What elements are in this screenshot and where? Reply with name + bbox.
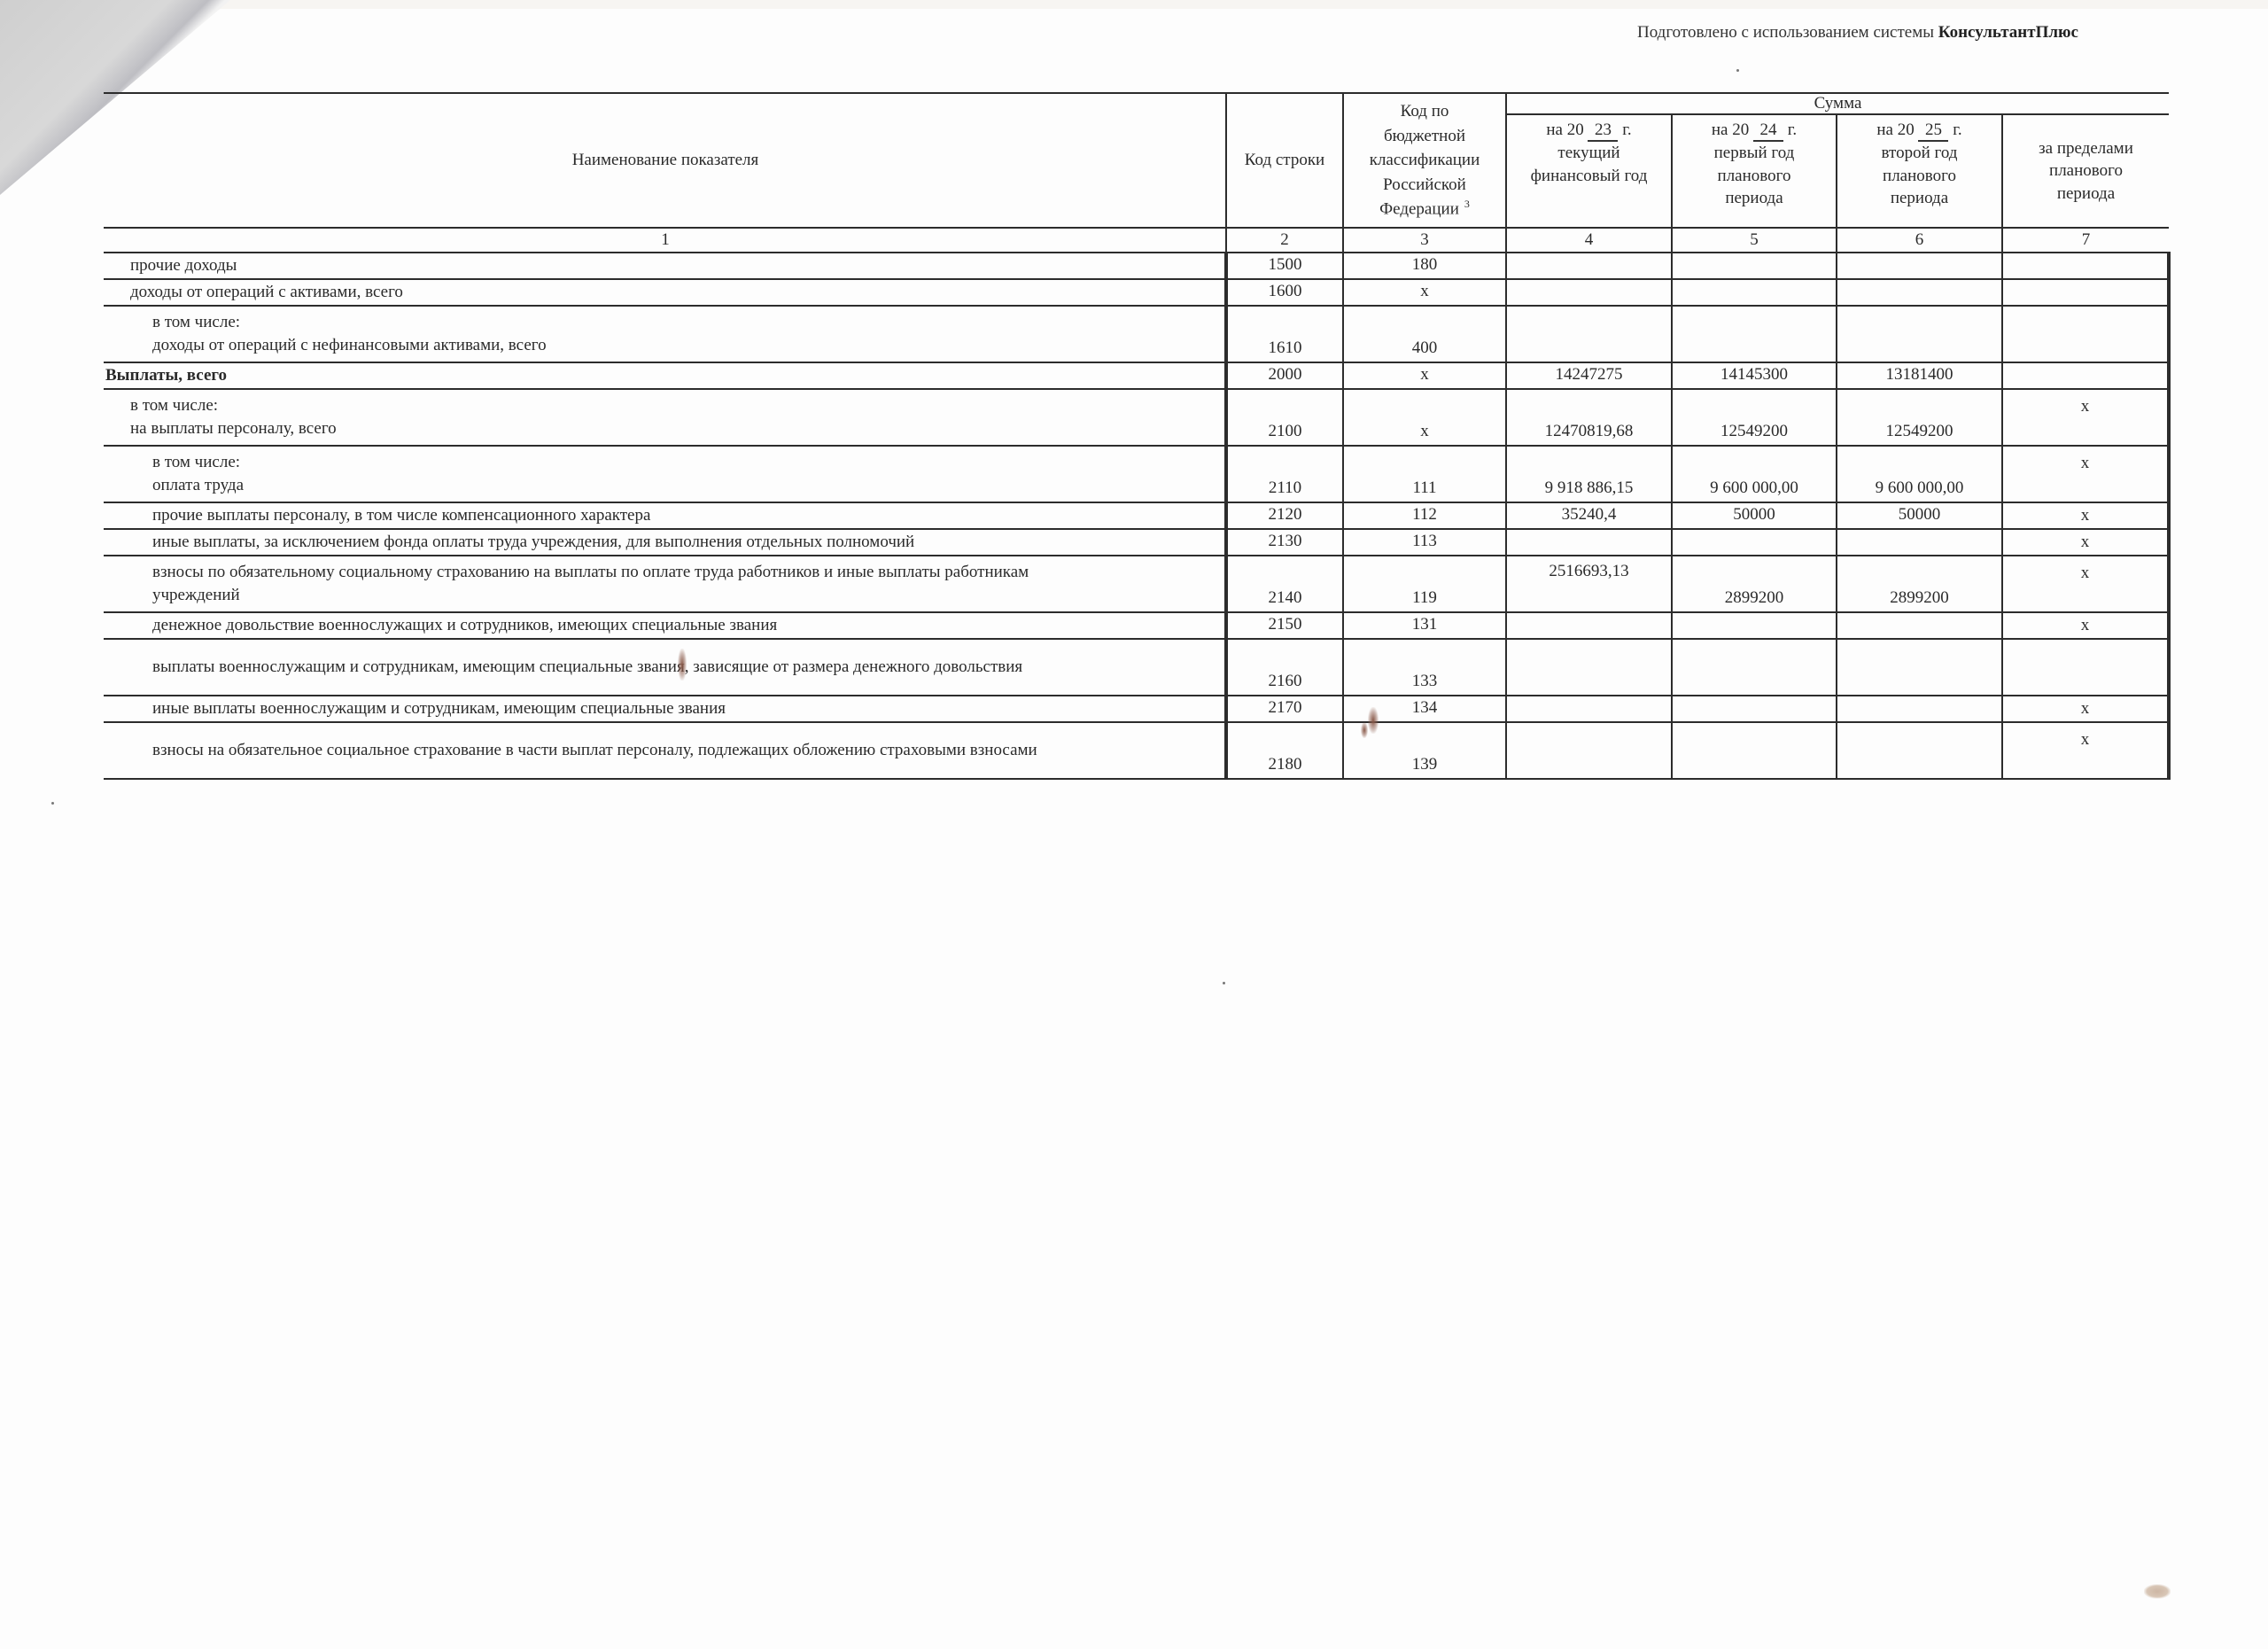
row-code: 1500	[1226, 253, 1343, 279]
amount-2024: 9 600 000,00	[1672, 446, 1837, 502]
amount-2025	[1837, 279, 2002, 306]
credit-brand: КонсультантПлюс	[1938, 23, 2078, 42]
header-row-code: Код строки	[1226, 93, 1343, 228]
amount-2025: 13181400	[1837, 362, 2002, 389]
amount-2025	[1837, 529, 2002, 556]
page-edge	[0, 0, 2268, 9]
amount-2024: 12549200	[1672, 389, 1837, 446]
table-row: прочие выплаты персоналу, в том числе ко…	[104, 502, 2169, 529]
row-label: иные выплаты военнослужащим и сотрудника…	[152, 697, 1219, 720]
header-name: Наименование показателя	[104, 93, 1226, 228]
amount-beyond-plan	[2002, 362, 2169, 389]
amount-beyond-plan: x	[2002, 556, 2169, 612]
row-name: взносы на обязательное социальное страхо…	[104, 722, 1226, 779]
amount-2025: 9 600 000,00	[1837, 446, 2002, 502]
header-col4: на 20 23 г. текущий финансовый год	[1506, 114, 1672, 228]
amount-2024: 2899200	[1672, 556, 1837, 612]
row-label: взносы по обязательному социальному стра…	[152, 561, 1047, 606]
budget-code: 119	[1343, 556, 1506, 612]
row-label: прочие доходы	[130, 254, 1219, 277]
row-name: денежное довольствие военнослужащих и со…	[104, 612, 1226, 639]
table-row: доходы от операций с активами, всего1600…	[104, 279, 2169, 306]
table-row: прочие доходы1500180	[104, 253, 2169, 279]
table-row: взносы по обязательному социальному стра…	[104, 556, 2169, 612]
row-code: 2000	[1226, 362, 1343, 389]
table-row: выплаты военнослужащим и сотрудникам, им…	[104, 639, 2169, 696]
amount-2025	[1837, 306, 2002, 362]
amount-2023	[1506, 639, 1672, 696]
budget-code: 180	[1343, 253, 1506, 279]
table-row: в том числе:доходы от операций с нефинан…	[104, 306, 2169, 362]
row-code: 2100	[1226, 389, 1343, 446]
budget-code: 400	[1343, 306, 1506, 362]
financial-plan-table: Наименование показателя Код строки Код п…	[104, 92, 2171, 780]
row-name: в том числе:оплата труда	[104, 446, 1226, 502]
scan-speck	[1223, 982, 1225, 984]
header-col5: на 20 24 г. первый год планового периода	[1672, 114, 1837, 228]
amount-2023: 35240,4	[1506, 502, 1672, 529]
amount-beyond-plan	[2002, 253, 2169, 279]
row-label: прочие выплаты персоналу, в том числе ко…	[152, 504, 1219, 527]
table-row: в том числе:оплата труда21101119 918 886…	[104, 446, 2169, 502]
budget-code: 112	[1343, 502, 1506, 529]
row-subheading: в том числе:	[130, 394, 1219, 417]
amount-beyond-plan: x	[2002, 389, 2169, 446]
amount-2023: 2516693,13	[1506, 556, 1672, 612]
header-col7: за пределами планового периода	[2002, 114, 2169, 228]
amount-2023	[1506, 612, 1672, 639]
amount-beyond-plan: x	[2002, 529, 2169, 556]
row-name: в том числе:на выплаты персоналу, всего	[104, 389, 1226, 446]
amount-2025	[1837, 612, 2002, 639]
row-code: 2110	[1226, 446, 1343, 502]
amount-beyond-plan: x	[2002, 446, 2169, 502]
row-label: выплаты военнослужащим и сотрудникам, им…	[152, 656, 1047, 679]
amount-2025	[1837, 696, 2002, 722]
amount-2023	[1506, 722, 1672, 779]
amount-2023	[1506, 529, 1672, 556]
amount-beyond-plan: x	[2002, 722, 2169, 779]
table-row: Выплаты, всего2000x142472751414530013181…	[104, 362, 2169, 389]
amount-beyond-plan: x	[2002, 612, 2169, 639]
row-code: 1600	[1226, 279, 1343, 306]
table-row: в том числе:на выплаты персоналу, всего2…	[104, 389, 2169, 446]
table-row: иные выплаты военнослужащим и сотрудника…	[104, 696, 2169, 722]
row-label: Выплаты, всего	[105, 364, 1219, 387]
amount-2025: 2899200	[1837, 556, 2002, 612]
row-name: Выплаты, всего	[104, 362, 1226, 389]
amount-2023	[1506, 253, 1672, 279]
row-code: 2160	[1226, 639, 1343, 696]
amount-2025	[1837, 253, 2002, 279]
amount-2023	[1506, 279, 1672, 306]
row-name: прочие доходы	[104, 253, 1226, 279]
row-label: денежное довольствие военнослужащих и со…	[152, 614, 1219, 637]
amount-2024	[1672, 722, 1837, 779]
row-subheading: в том числе:	[152, 311, 1219, 334]
amount-2024	[1672, 696, 1837, 722]
row-label: взносы на обязательное социальное страхо…	[152, 739, 1047, 762]
table-body: прочие доходы1500180доходы от операций с…	[104, 253, 2169, 779]
row-name: взносы по обязательному социальному стра…	[104, 556, 1226, 612]
row-subheading: в том числе:	[152, 451, 1219, 474]
scan-mark	[2144, 1584, 2171, 1598]
row-label: на выплаты персоналу, всего	[130, 417, 1219, 440]
row-label: иные выплаты, за исключением фонда оплат…	[152, 531, 1219, 554]
credit-prefix: Подготовлено с использованием системы	[1637, 23, 1934, 42]
consultant-plus-credit: Подготовлено с использованием системы Ко…	[1637, 23, 2078, 43]
row-code: 2130	[1226, 529, 1343, 556]
budget-code: x	[1343, 279, 1506, 306]
amount-beyond-plan	[2002, 639, 2169, 696]
amount-2023: 14247275	[1506, 362, 1672, 389]
budget-code: 111	[1343, 446, 1506, 502]
row-name: прочие выплаты персоналу, в том числе ко…	[104, 502, 1226, 529]
ink-stain	[1361, 722, 1368, 738]
row-name: в том числе:доходы от операций с нефинан…	[104, 306, 1226, 362]
row-code: 2170	[1226, 696, 1343, 722]
amount-beyond-plan: x	[2002, 502, 2169, 529]
amount-2024	[1672, 529, 1837, 556]
budget-code: 133	[1343, 639, 1506, 696]
header-sum: Сумма	[1506, 93, 2169, 114]
ink-stain	[1368, 707, 1379, 734]
row-name: выплаты военнослужащим и сотрудникам, им…	[104, 639, 1226, 696]
row-name: иные выплаты, за исключением фонда оплат…	[104, 529, 1226, 556]
amount-2025	[1837, 722, 2002, 779]
ink-stain	[678, 649, 687, 681]
row-code: 2150	[1226, 612, 1343, 639]
amount-beyond-plan	[2002, 306, 2169, 362]
scan-speck	[1736, 69, 1739, 72]
budget-code: 131	[1343, 612, 1506, 639]
budget-code: x	[1343, 389, 1506, 446]
amount-2023: 9 918 886,15	[1506, 446, 1672, 502]
table-row: иные выплаты, за исключением фонда оплат…	[104, 529, 2169, 556]
row-name: иные выплаты военнослужащим и сотрудника…	[104, 696, 1226, 722]
budget-code: 113	[1343, 529, 1506, 556]
row-code: 1610	[1226, 306, 1343, 362]
header-col6: на 20 25 г. второй год планового периода	[1837, 114, 2002, 228]
row-code: 2120	[1226, 502, 1343, 529]
row-label: доходы от операций с нефинансовыми актив…	[152, 334, 1219, 357]
amount-2024: 50000	[1672, 502, 1837, 529]
amount-2024	[1672, 612, 1837, 639]
amount-2025: 50000	[1837, 502, 2002, 529]
amount-beyond-plan	[2002, 279, 2169, 306]
amount-2023	[1506, 306, 1672, 362]
budget-code: x	[1343, 362, 1506, 389]
amount-2024	[1672, 279, 1837, 306]
row-code: 2180	[1226, 722, 1343, 779]
table-row: взносы на обязательное социальное страхо…	[104, 722, 2169, 779]
amount-2023	[1506, 696, 1672, 722]
amount-2024: 14145300	[1672, 362, 1837, 389]
amount-2024	[1672, 639, 1837, 696]
row-code: 2140	[1226, 556, 1343, 612]
amount-2024	[1672, 253, 1837, 279]
table-row: денежное довольствие военнослужащих и со…	[104, 612, 2169, 639]
amount-2023: 12470819,68	[1506, 389, 1672, 446]
scan-speck	[51, 802, 54, 805]
row-name: доходы от операций с активами, всего	[104, 279, 1226, 306]
amount-beyond-plan: x	[2002, 696, 2169, 722]
row-label: доходы от операций с активами, всего	[130, 281, 1219, 304]
amount-2025	[1837, 639, 2002, 696]
amount-2025: 12549200	[1837, 389, 2002, 446]
column-numbers-row: 1 2 3 4 5 6 7	[104, 228, 2169, 253]
row-label: оплата труда	[152, 474, 1219, 497]
header-budget-code: Код по бюджетной классификации Российско…	[1343, 93, 1506, 228]
amount-2024	[1672, 306, 1837, 362]
